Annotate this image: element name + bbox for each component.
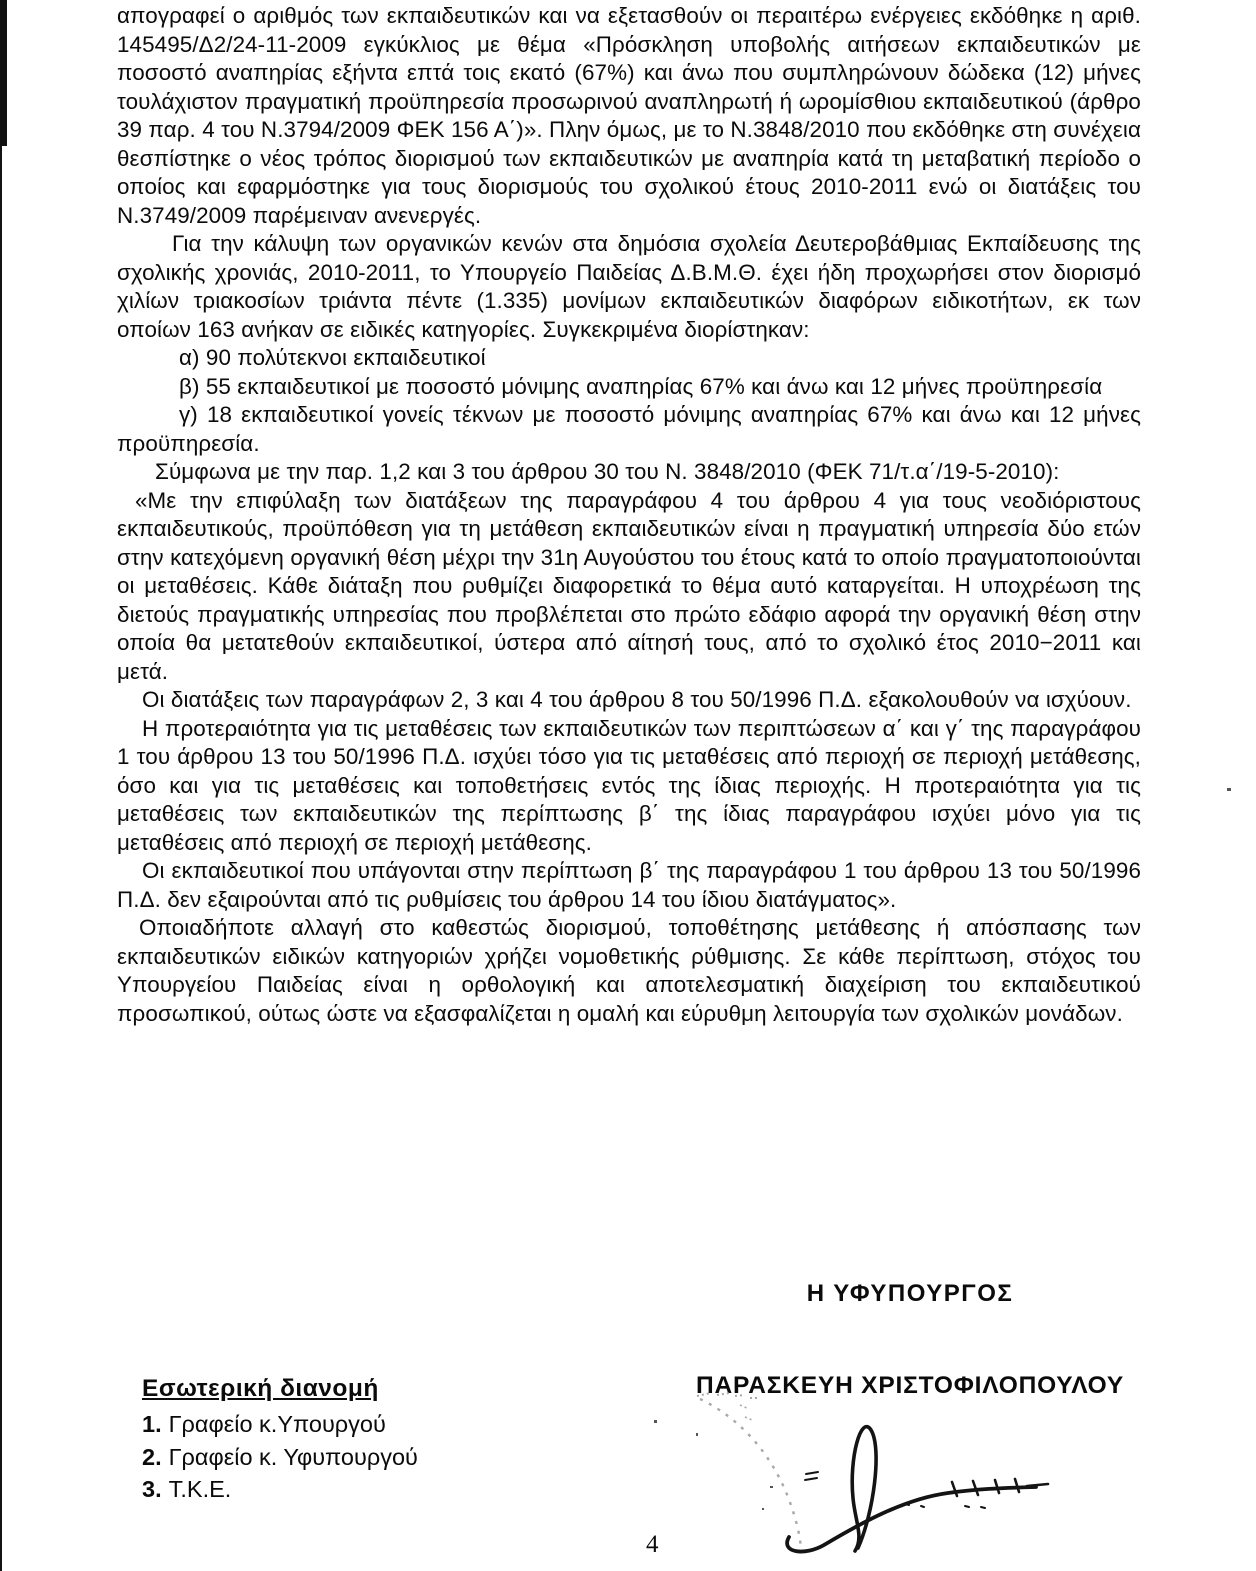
list-item-label: Γραφείο κ. Υφυπουργού: [169, 1444, 418, 1470]
stamp-remnant: [697, 1393, 801, 1549]
list-item-label: Τ.Κ.Ε.: [169, 1476, 232, 1502]
handwritten-signature: [787, 1427, 1048, 1552]
paragraph: Η προτεραιότητα για τις μεταθέσεις των ε…: [117, 715, 1141, 858]
list-item-number: 3.: [142, 1476, 162, 1502]
list-item-label: Γραφείο κ.Υπουργού: [169, 1411, 386, 1437]
list-item-number: 2.: [142, 1444, 162, 1470]
paragraph: Οι διατάξεις των παραγράφων 2, 3 και 4 τ…: [117, 686, 1141, 715]
list-item-a: α) 90 πολύτεκνοι εκπαιδευτικοί: [117, 344, 1141, 373]
list-item-number: 1.: [142, 1411, 162, 1437]
paragraph: Για την κάλυψη των οργανικών κενών στα δ…: [117, 230, 1141, 344]
paragraph: Σύμφωνα με την παρ. 1,2 και 3 του άρθρου…: [117, 458, 1141, 487]
internal-distribution-heading: Εσωτερική διανομή: [142, 1375, 418, 1403]
list-item-c: γ) 18 εκπαιδευτικοί γονείς τέκνων με ποσ…: [117, 401, 1141, 458]
scan-edge-artifact-top: [0, 0, 7, 146]
page-number: 4: [646, 1531, 659, 1559]
signer-name: ΠΑΡΑΣΚΕΥΗ ΧΡΙΣΤΟΦΙΛΟΠΟΥΛΟΥ: [655, 1372, 1165, 1400]
list-item-b: β) 55 εκπαιδευτικοί με ποσοστό μόνιμης α…: [117, 373, 1141, 402]
paragraph: Οι εκπαιδευτικοί που υπάγονται στην περί…: [117, 857, 1141, 914]
paragraph: Οποιαδήποτε αλλαγή στο καθεστώς διορισμο…: [117, 914, 1141, 1028]
paragraph: απογραφεί ο αριθμός των εκπαιδευτικών κα…: [117, 2, 1141, 230]
internal-distribution: Εσωτερική διανομή 1.Γραφείο κ.Υπουργού 2…: [142, 1375, 418, 1506]
list-item: 3.Τ.Κ.Ε.: [142, 1473, 418, 1506]
signer-title: Η ΥΦΥΠΟΥΡΓΟΣ: [655, 1280, 1165, 1308]
list-item: 1.Γραφείο κ.Υπουργού: [142, 1408, 418, 1441]
paragraph: «Με την επιφύλαξη των διατάξεων της παρα…: [117, 487, 1141, 687]
signature-block: Η ΥΦΥΠΟΥΡΓΟΣ ΠΑΡΑΣΚΕΥΗ ΧΡΙΣΤΟΦΙΛΟΠΟΥΛΟΥ: [655, 1280, 1165, 1400]
document-page: απογραφεί ο αριθμός των εκπαιδευτικών κα…: [0, 0, 1256, 1571]
document-body: απογραφεί ο αριθμός των εκπαιδευτικών κα…: [117, 2, 1141, 1028]
list-item: 2.Γραφείο κ. Υφυπουργού: [142, 1441, 418, 1474]
scan-edge-artifact: [0, 0, 2, 1571]
